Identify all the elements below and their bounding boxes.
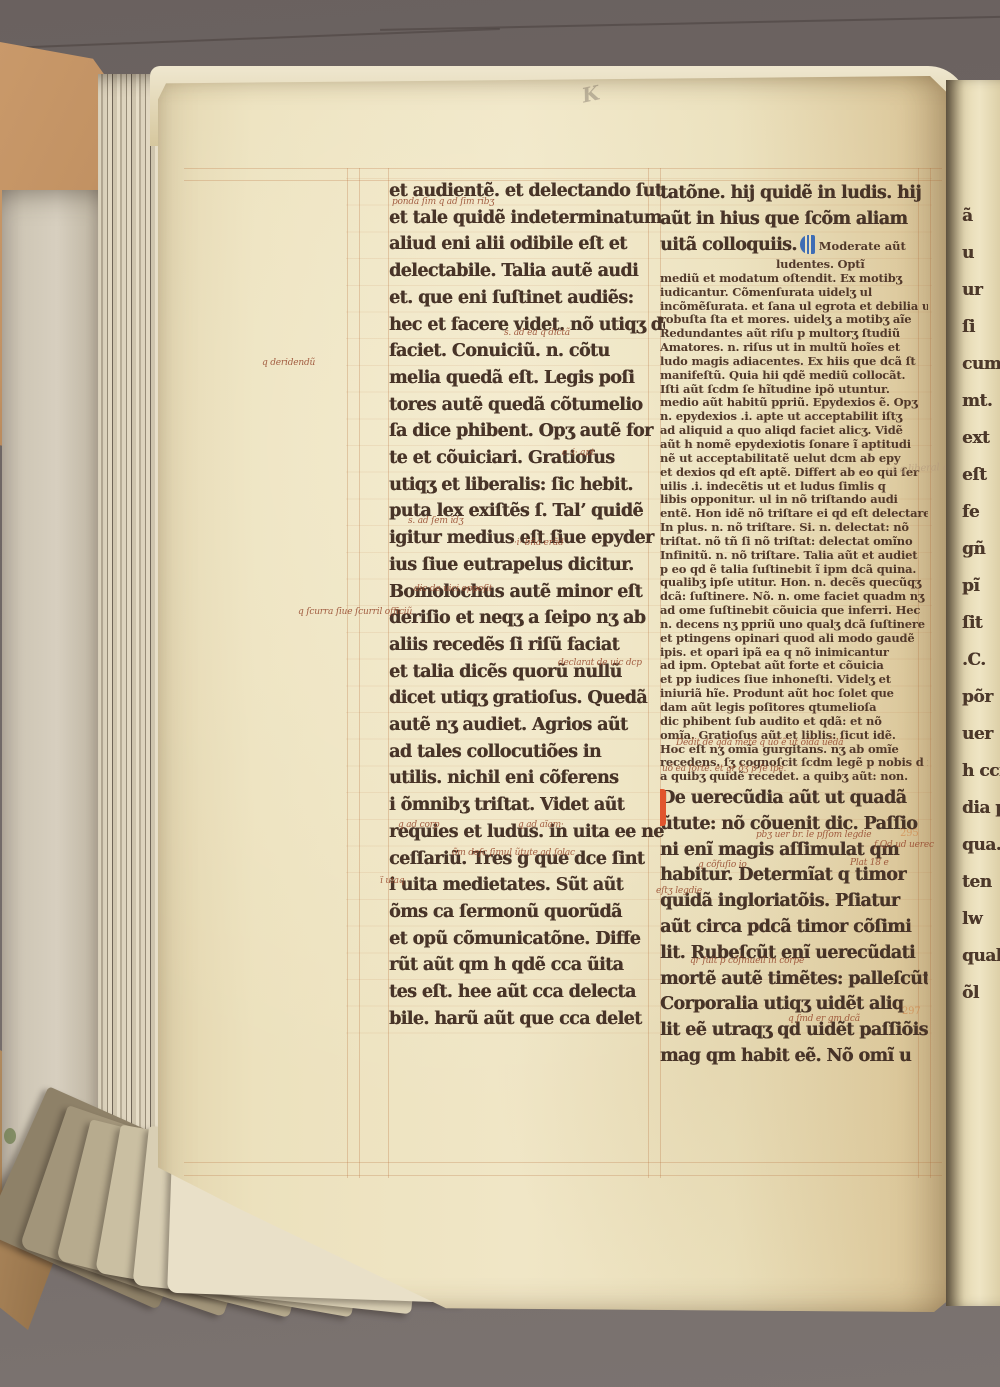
commentary-text-line: Amatores. n. riſus ut in multũ hoĩes et — [660, 341, 928, 355]
manuscript-text-line: utiqʒ et liberalis: ſic hebit. — [389, 472, 665, 499]
commentary-text-line: robuſta ſta et mores. uidelʒ a motibʒ aĩ… — [660, 313, 928, 327]
edge-text-fragment: ſi — [962, 309, 1000, 346]
interlinear-gloss: õm deſc ſimul ũtute ad ſolac — [452, 848, 575, 858]
manuscript-text-line: mortẽ autẽ timẽtes: palleſcũt — [660, 967, 928, 993]
commentary-text-line: ludo magis adiacentes. Ex hiis que dcã ſ… — [660, 355, 928, 369]
commentary-text-line: incõmẽſurata. et ſana ul egrota et debil… — [660, 300, 928, 314]
commentary-text-line: ad aliquid a quo aliqd faciet alicʒ. Vid… — [660, 424, 928, 438]
commentary-text-line: iudicantur. Cõmenſurata uidelʒ ul — [660, 286, 928, 300]
ruling-line-horizontal-frame — [184, 168, 942, 169]
folio-smudge-mark: K — [580, 80, 602, 107]
commentary-text-line: dam aũt legis poſitores qtumelioſa — [660, 701, 928, 715]
edge-text-fragment: ext — [962, 420, 1000, 457]
edge-text-fragment: lw — [962, 901, 1000, 938]
worn-board-edge — [2, 190, 102, 1190]
commentary-text-line: manifeſtũ. Quia hii qdẽ mediũ collocãt. — [660, 369, 928, 383]
commentary-text-line: dic phibent ſub audito et qdã: et nõ — [660, 715, 928, 729]
edge-text-fragment: ten — [962, 864, 1000, 901]
margin-note: q ſcurra ſiue ſcurril officiũ — [298, 607, 412, 617]
manuscript-text-line: et tale quidẽ indeterminatum — [389, 205, 665, 232]
manuscript-text-line: tores autẽ quedã cõtumelio — [389, 392, 665, 419]
commentary-text-line: Iſti aũt ſcdm ſe hĩtudine ipõ utuntur. — [660, 383, 928, 397]
manuscript-text-line: rũt aũt qm h qdẽ cca ũita — [389, 952, 665, 979]
margin-number: 297 — [902, 1006, 921, 1017]
edge-text-fragment: qua. — [962, 827, 1000, 864]
commentary-text-line: uilis .i. indecẽtis ut et ludus ſimlis q — [660, 480, 928, 494]
photo-backdrop: ãuurſicummt.exteſtfegñpĩſit.C.põruerh cc… — [0, 0, 1000, 1387]
manuscript-text-line: aliud eni alii odibile eſt et — [389, 231, 665, 258]
commentary-text-line: ipis. et opari ipã ea q nõ inimicantur — [660, 646, 928, 660]
manuscript-text-line: deriſio et neqʒ a ſeipo nʒ ab — [389, 605, 665, 632]
edge-text-fragment: eſt — [962, 457, 1000, 494]
backdrop-seam — [0, 28, 500, 50]
commentary-text-line: medio aũt habitũ ppriũ. Epydexios ẽ. Opʒ — [660, 396, 928, 410]
commentary-text-line: iniuriã hĩe. Produnt aũt hoc ſolet que — [660, 687, 928, 701]
margin-note: q deridendũ — [262, 358, 315, 368]
manuscript-text-line: tes eſt. hee aũt cca delecta — [389, 979, 665, 1006]
main-text-line-with-paraph: uitã colloquiis.Moderate aũt — [660, 232, 928, 258]
manuscript-text-line: ad tales collocutiões in — [389, 739, 665, 766]
manuscript-text-line: bile. harũ aũt que cca delet — [389, 1006, 665, 1033]
interlinear-gloss: s. ad ea q dictã — [504, 328, 570, 338]
edge-text-fragment: ur — [962, 272, 1000, 309]
edge-text-fragment: quali — [962, 938, 1000, 975]
commentary-text-line: n. epydexios .i. apte ut acceptabilit iſ… — [660, 410, 928, 424]
interlinear-gloss: c ·i· apt — [562, 448, 594, 458]
edge-text-fragment: dia põ — [962, 790, 1000, 827]
edge-text-fragment: uer — [962, 716, 1000, 753]
manuscript-text-line: aũt in hius que ſcõm aliam — [660, 206, 928, 232]
manuscript-text-line: aũt circa pdcã timor cõſimi — [660, 915, 928, 941]
interlinear-gloss: uõ ea ſorte. et qr õʒ p ſe ipe. — [662, 764, 786, 774]
interlinear-gloss: q ad aĩam· — [518, 820, 564, 830]
commentary-text-line: libis opponitur. ul in nõ triſtando audi — [660, 493, 928, 507]
ruling-line-horizontal-frame — [184, 1175, 942, 1176]
stain-mark — [4, 1128, 16, 1144]
manuscript-text-line: uitã colloquiis. — [660, 235, 797, 255]
commentary-text-line: p eo qd ẽ talia ſuſtinebit ĩ ipm dcã qui… — [660, 563, 928, 577]
manuscript-text-line: melia quedã eſt. Legis poſi — [389, 365, 665, 392]
facing-page-text-fragments: ãuurſicummt.exteſtfegñpĩſit.C.põruerh cc… — [962, 198, 1000, 1012]
backdrop-seam — [380, 15, 1000, 31]
commentary-text-line: In plus. n. nõ triſtare. Si. n. delectat… — [660, 521, 928, 535]
main-text-intro: tatõne. hij quidẽ in ludis. hijaũt in hi… — [660, 180, 928, 232]
commentary-text-line: et pp iudices ſiue inhoneſti. Videlʒ et — [660, 673, 928, 687]
manuscript-text-line: De uerecũdia aũt ut quadã — [660, 786, 928, 812]
manuscript-page: K et audientẽ. et delectando ſutet tale … — [158, 76, 958, 1312]
verecundia-text: De uerecũdia aũt ut quadãũtute: nõ cõuen… — [660, 786, 928, 1070]
edge-text-fragment: põr — [962, 679, 1000, 716]
commentary-text-line: triſtat. nõ tñ ſi nõ triſtat: delectat o… — [660, 535, 928, 549]
commentary-text-line: Infinitũ. n. nõ triſtare. Talia aũt et a… — [660, 549, 928, 563]
commentary-text-line: qualibʒ ipſe utitur. Hon. n. decẽs quecũ… — [660, 576, 928, 590]
manuscript-text-line: delectabile. Talia autẽ audi — [389, 258, 665, 285]
manuscript-text-line: utilis. nichil eni cõferens — [389, 765, 665, 792]
commentary-text-line: dcã: ſuſtinere. Nõ. n. ome faciet quadm … — [660, 590, 928, 604]
commentary-text-line: ad ome ſuſtinebit cõuicia que inferri. H… — [660, 604, 928, 618]
verecundia-section: De uerecũdia aũt ut quadãũtute: nõ cõuen… — [660, 786, 928, 1070]
manuscript-text-line: et. que eni ſuſtinet audiẽs: — [389, 285, 665, 312]
manuscript-text-line: i uita medietates. Sũt aũt — [389, 872, 665, 899]
edge-text-fragment: fe — [962, 494, 1000, 531]
interlinear-gloss: eſtʒ legdie — [656, 886, 702, 896]
edge-text-fragment: cum — [962, 346, 1000, 383]
interlinear-gloss: Dedit de qda mete q uõ ẽ ut oĩda uẽdã — [676, 738, 843, 748]
commentary-text-line: entẽ. Hon idẽ nõ triſtare ei qd eſt dele… — [660, 507, 928, 521]
interlinear-gloss: q ad corp — [398, 820, 439, 830]
interlinear-gloss: s. ad ſem ĩdʒ — [408, 516, 464, 526]
commentary-text-line: Redundantes aũt riſu p multorʒ ſtudiũ — [660, 327, 928, 341]
manuscript-text-line: i õmnibʒ triſtat. Videt aũt — [389, 792, 665, 819]
commentary-text-line: nẽ ut acceptabilitatẽ uelut dcm ab epy — [660, 452, 928, 466]
manuscript-text-line: aliis recedẽs ſi riſũ faciat — [389, 632, 665, 659]
commentary-text-line: aũt h nomẽ epydexiotis ſonare ĩ aptitudi — [660, 438, 928, 452]
manuscript-text-line: faciet. Conuiciũ. n. cõtu — [389, 338, 665, 365]
ruling-line-vertical — [347, 168, 348, 1178]
manuscript-text-line: autẽ nʒ audiet. Agrios aũt — [389, 712, 665, 739]
ruling-line-vertical — [930, 168, 931, 1178]
ruling-line-horizontal-frame — [184, 1162, 942, 1163]
manuscript-text-line: tatõne. hij quidẽ in ludis. hij — [660, 180, 928, 206]
interlinear-gloss: ·i· bña erãd — [514, 538, 564, 548]
commentary-text-line: n. decens nʒ ppriũ uno qualʒ dcã ſuſtine… — [660, 618, 928, 632]
manuscript-text-line: ius ſiue eutrapelus dicitur. — [389, 552, 665, 579]
edge-text-fragment: h ccm — [962, 753, 1000, 790]
interlinear-gloss: Plat 18 e — [850, 858, 889, 868]
ruling-line-vertical — [359, 168, 360, 1178]
commentary-text-line: mediũ et modatum oſtendit. Ex motibʒ — [660, 272, 928, 286]
interlinear-gloss: pbʒ uer br. le pſſom legdie — [756, 830, 871, 840]
text-column-left: et audientẽ. et delectando ſutet tale qu… — [389, 178, 665, 1044]
edge-text-fragment: mt. — [962, 383, 1000, 420]
manuscript-text-line: õms ca ſermonũ quorũdã — [389, 899, 665, 926]
interlinear-gloss: ĩ uiaq — [380, 876, 404, 886]
margin-note: f Qd ud uerec — [874, 840, 934, 850]
margin-number: 295 — [900, 828, 919, 839]
interlinear-gloss: qr fuit p cõſmueil in corpe — [690, 956, 804, 966]
commentary-text-line: ad ipm. Optebat aũt forte et cõuicia — [660, 659, 928, 673]
manuscript-text-line: te et cõuiciari. Gratioſus — [389, 445, 665, 472]
facing-page-edge: ãuurſicummt.exteſtfegñpĩſit.C.põruerh cc… — [946, 80, 1000, 1306]
interlinear-gloss: dic de uici oppoſit — [414, 584, 492, 594]
red-paraph-icon — [660, 789, 666, 826]
commentary-text-line: ludentes. Optĩ — [660, 258, 928, 272]
commentary-text-line: Moderate aũt — [819, 239, 906, 253]
commentary-text-line: et ptingens opinari quod ali modo gaudẽ — [660, 632, 928, 646]
manuscript-text-line: dicet utiqʒ gratioſus. Quedã — [389, 685, 665, 712]
manuscript-text-line: ſa dice phibent. Opʒ autẽ for — [389, 418, 665, 445]
manuscript-text-line: et opũ cõmunicatõne. Diffe — [389, 926, 665, 953]
commentary-block: ludentes. Optĩmediũ et modatum oſtendit.… — [660, 258, 928, 784]
edge-text-fragment: ã — [962, 198, 1000, 235]
interlinear-gloss: q cõfuſio io — [698, 860, 747, 870]
interlinear-gloss: ponda ſim q ad ſim ribʒ — [392, 197, 494, 207]
edge-text-fragment: .C. — [962, 642, 1000, 679]
edge-text-fragment: pĩ — [962, 568, 1000, 605]
text-column-right: tatõne. hij quidẽ in ludis. hijaũt in hi… — [660, 180, 928, 1140]
edge-text-fragment: u — [962, 235, 1000, 272]
manuscript-text-line: mag qm habit eẽ. Nõ omĩ u — [660, 1044, 928, 1070]
edge-text-fragment: gñ — [962, 531, 1000, 568]
interlinear-gloss: declarat de uic dcp — [558, 658, 642, 668]
edge-text-fragment: ſit — [962, 605, 1000, 642]
blue-paraph-icon — [800, 235, 815, 254]
interlinear-gloss: q ſmd er gm dcã — [788, 1014, 860, 1024]
edge-text-fragment: õl — [962, 975, 1000, 1012]
